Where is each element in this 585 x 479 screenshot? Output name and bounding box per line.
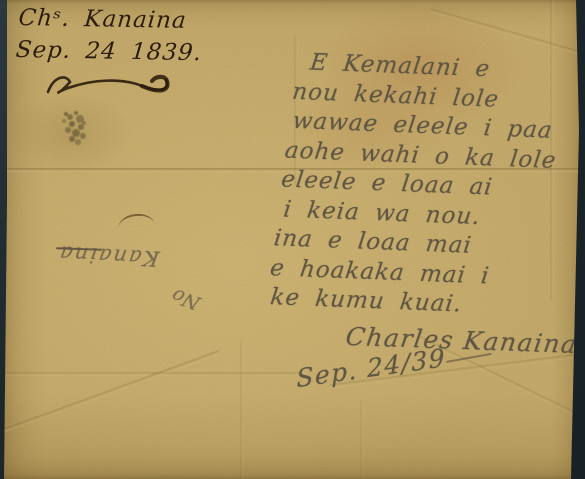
fold-crease bbox=[240, 340, 244, 479]
ink-smudge bbox=[64, 112, 68, 116]
header-inscription: Chˢ. Kanaina Sep. 24 1839. bbox=[14, 2, 206, 69]
scanner-background: Chˢ. Kanaina Sep. 24 1839. Kanaina No E … bbox=[0, 0, 585, 479]
letter-paper: Chˢ. Kanaina Sep. 24 1839. Kanaina No E … bbox=[0, 0, 585, 479]
header-date: Sep. 24 1839. bbox=[14, 34, 203, 69]
docket-pen-curl bbox=[117, 212, 154, 228]
fold-crease bbox=[360, 400, 364, 479]
docket-prefix: No bbox=[168, 284, 204, 313]
fold-crease bbox=[429, 8, 585, 59]
fold-crease bbox=[0, 350, 220, 436]
fold-crease bbox=[0, 372, 300, 376]
ink-flourish bbox=[34, 68, 184, 110]
letter-body: E Kemalani e nou kekahi lole wawae eleel… bbox=[265, 48, 570, 323]
header-name: Chˢ. Kanaina bbox=[17, 2, 206, 37]
docket-name: Kanaina bbox=[56, 241, 161, 270]
